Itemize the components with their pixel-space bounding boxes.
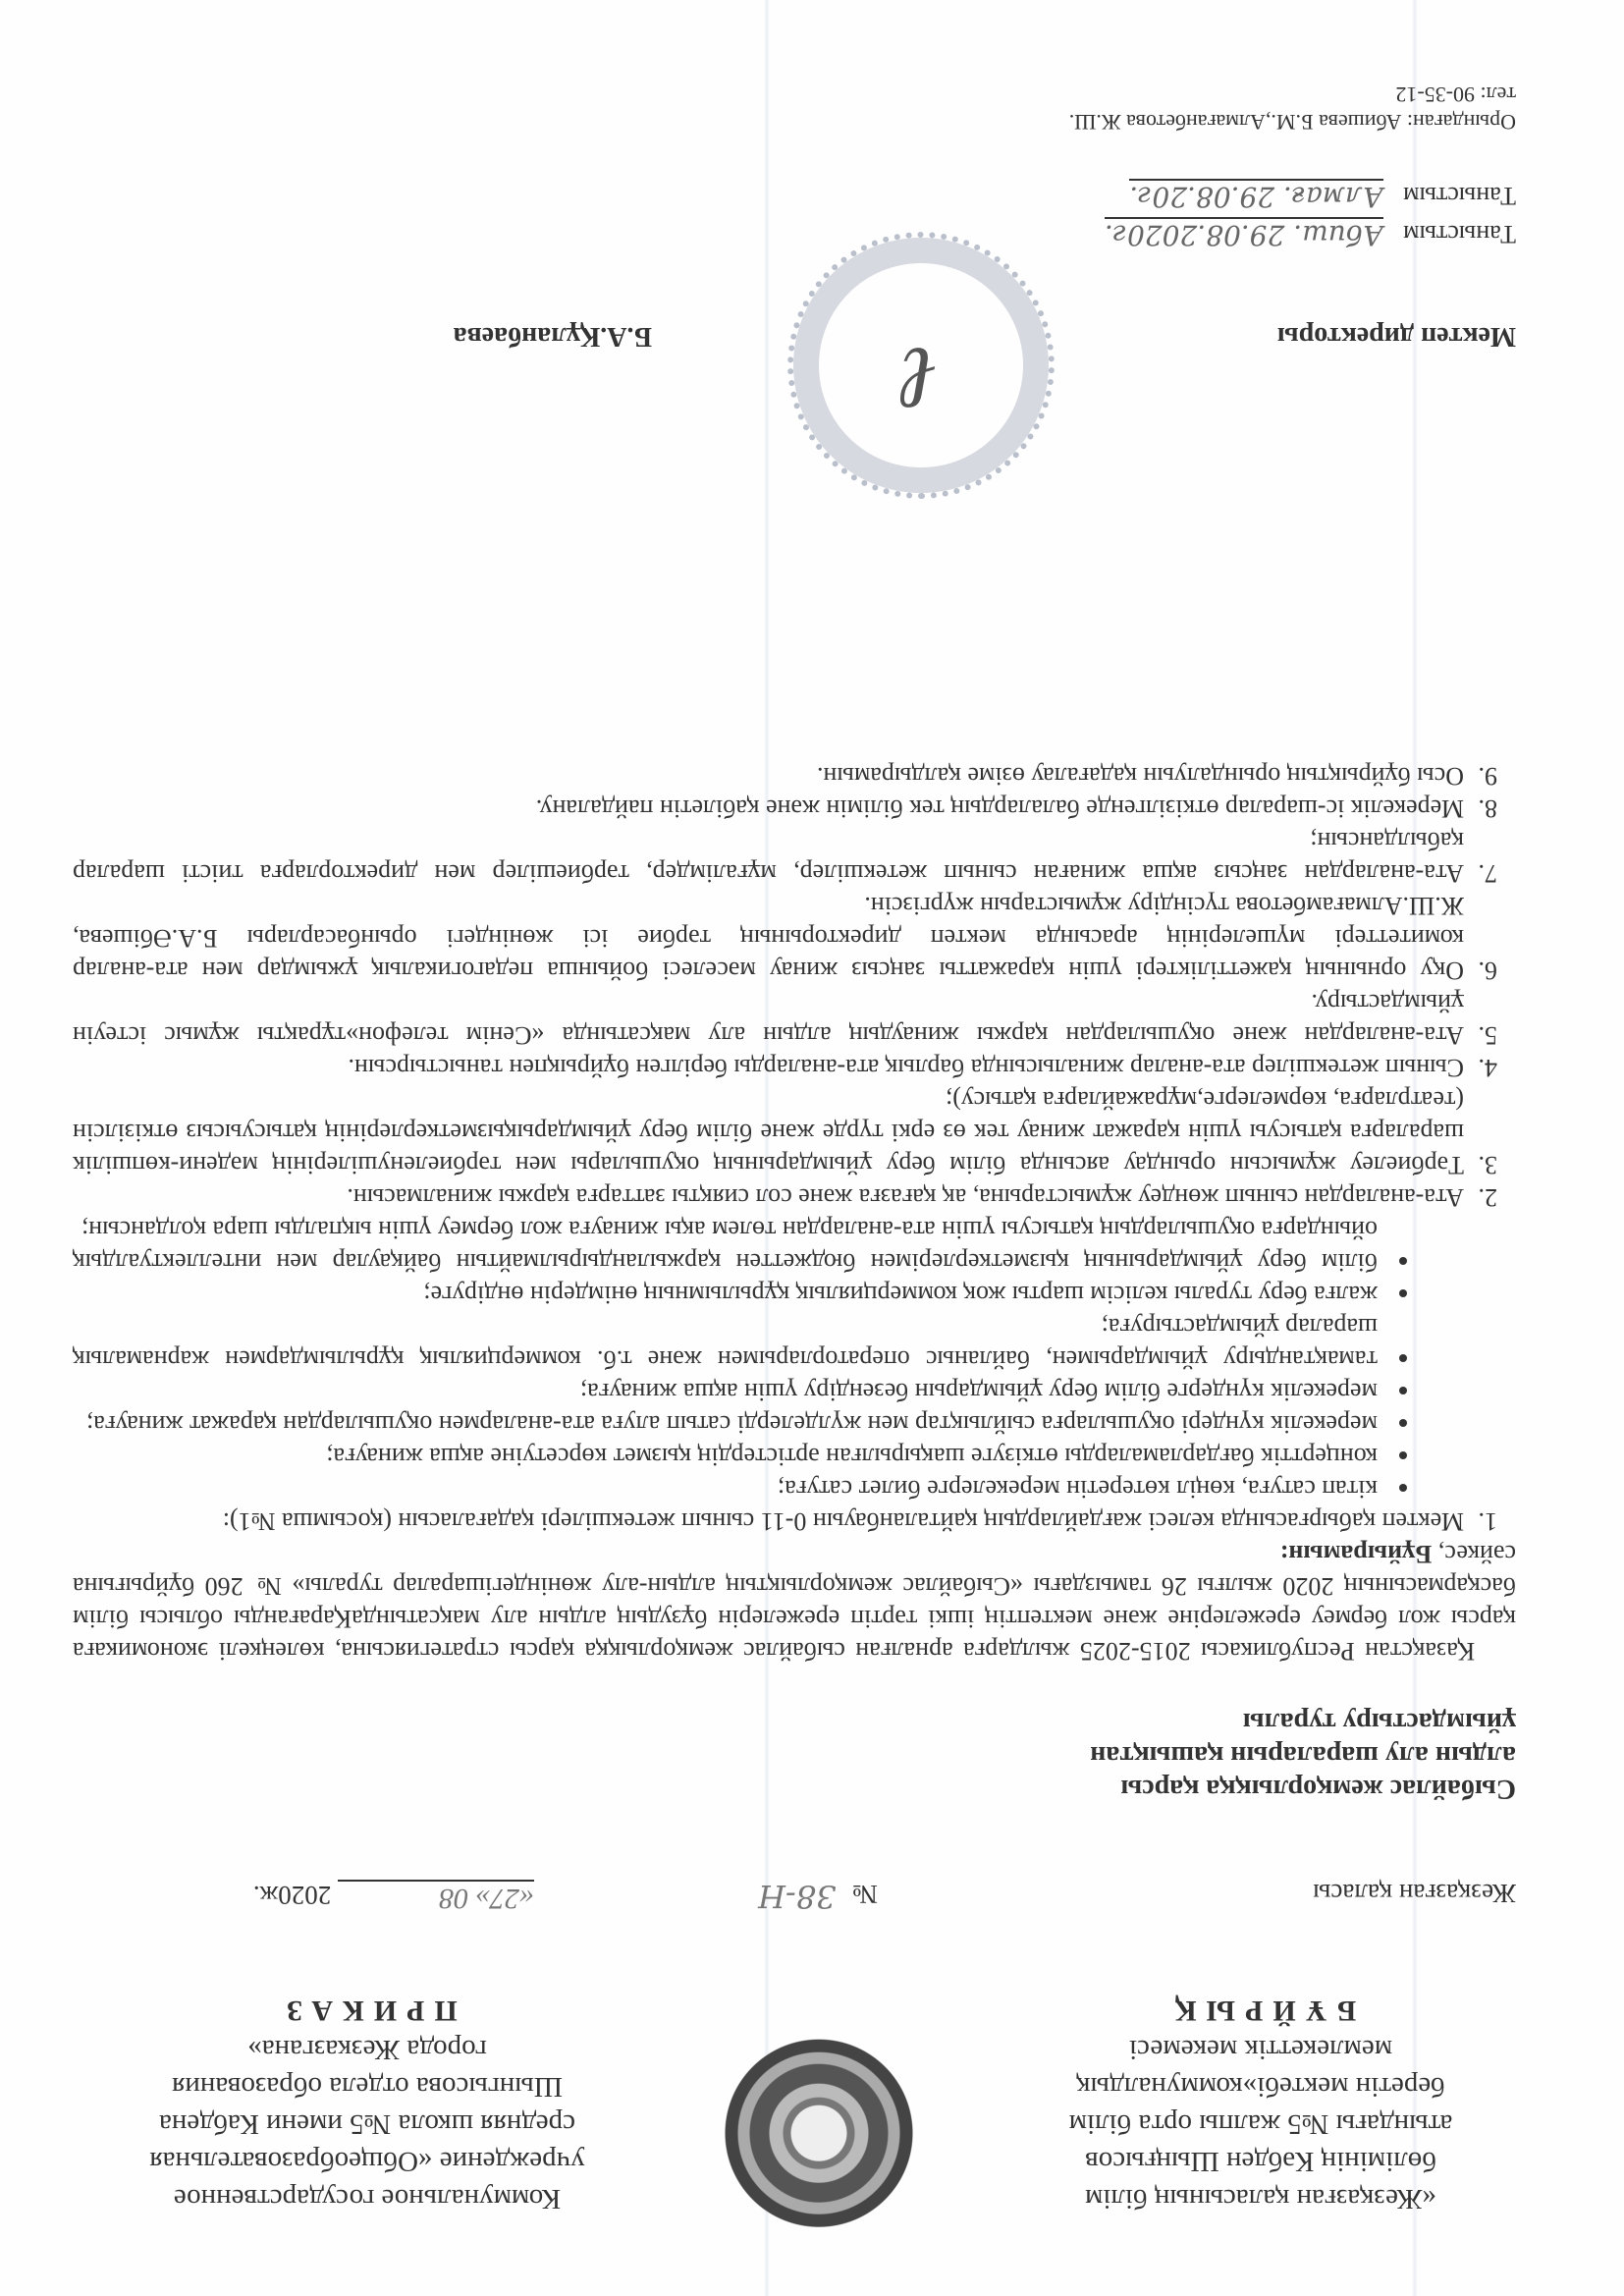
signatory-position: Мектеп директоры bbox=[1277, 321, 1516, 352]
date-year: 2020ж. bbox=[253, 1881, 331, 1910]
acknowledgements: ТаныстымАбиш. 29.08.2020г. ТаныстымАлмағ… bbox=[1105, 177, 1516, 253]
bullet-item: кітап сатуға, көңіл көтеретін мерекелерг… bbox=[73, 1473, 1385, 1505]
doc-type-kz: БҰЙРЫҚ bbox=[1005, 1992, 1516, 2029]
executor-phone: тел: 90-35-12 bbox=[1069, 81, 1516, 108]
order-number: № 38-Н bbox=[758, 1878, 878, 1915]
order-item: Оқу орнының қажеттіліктері үшін қаражатт… bbox=[73, 890, 1472, 987]
header-line: Коммунальное государственное bbox=[112, 2180, 623, 2217]
bullet-item: тамақтандыру ұйымдарымен, байланыс опера… bbox=[73, 1311, 1385, 1376]
title-line: ұйымдастыру туралы bbox=[1005, 1705, 1516, 1738]
order-item: Мектеп қабырғасында келесі жағдайлардың … bbox=[73, 1214, 1472, 1538]
header-line: учреждение «Общеобразовательная bbox=[112, 2143, 623, 2180]
header-line: средняя школа №5 имени Кабдена bbox=[112, 2105, 623, 2143]
executor: Орындаған: Абишева Б.М.,Алмағанбетова Ж.… bbox=[1069, 81, 1516, 136]
bullet-item: мерекелік күндерге білім беру ұйымдарын … bbox=[73, 1376, 1385, 1408]
header-line: атындағы №5 жалпы орта білім bbox=[1005, 2105, 1516, 2143]
ack-handwritten: Алмағ. 29.08.20г. bbox=[1129, 179, 1383, 213]
order-date: «27» 08 2020ж. bbox=[253, 1880, 534, 1915]
order-items: Мектеп қабырғасында келесі жағдайлардың … bbox=[73, 760, 1516, 1538]
bullet-list: кітап сатуға, көңіл көтеретін мерекелерг… bbox=[73, 1214, 1464, 1505]
order-item: Ата-аналардан заңсыз ақша жинаған сынып … bbox=[73, 825, 1472, 890]
header-line: города Жезказгана» bbox=[112, 2031, 623, 2068]
order-item: Сынып жетекшілер ата-аналар жиналысында … bbox=[73, 1052, 1472, 1084]
state-emblem-icon bbox=[721, 2026, 917, 2232]
ack-label: Таныстым bbox=[1403, 182, 1516, 210]
ack-label: Таныстым bbox=[1403, 220, 1516, 248]
executor-names: Абишева Б.М.,Алмағанбетова Ж.Ш. bbox=[1069, 110, 1402, 135]
bullet-item: концерттік бағдарламаларды өткізуге шақы… bbox=[73, 1441, 1385, 1473]
header-line: «Жезқазған қаласының білім bbox=[1005, 2180, 1516, 2217]
order-item: Мерекелік іс-шаралар өткізілгенде балала… bbox=[73, 793, 1472, 825]
bullet-item: жалға беру туралы келісім шарты жоқ комм… bbox=[73, 1279, 1385, 1311]
doc-type-ru: ПРИКАЗ bbox=[112, 1992, 623, 2029]
title-line: Сыбайлас жемқорлыққа қарсы bbox=[1005, 1772, 1516, 1805]
ack-handwritten: Абиш. 29.08.2020г. bbox=[1105, 217, 1383, 251]
bullet-item: білім беру ұйымдарының қызметкерлерімен … bbox=[73, 1214, 1385, 1279]
header-line: беретін мектебі»коммуналдық bbox=[1005, 2068, 1516, 2105]
preamble: Қазақстан Республикасы 2015-2025 жылдарғ… bbox=[73, 1538, 1516, 1667]
item-text: Мектеп қабырғасында келесі жағдайлардың … bbox=[223, 1507, 1464, 1536]
header-kazakh: «Жезқазған қаласының білім бөлімінің Кәб… bbox=[1005, 1992, 1516, 2217]
ack-row: ТаныстымАбиш. 29.08.2020г. bbox=[1105, 215, 1516, 253]
ack-row: ТаныстымАлмағ. 29.08.20г. bbox=[1105, 177, 1516, 215]
title-line: алдын алу шараларын қашықтан bbox=[1005, 1738, 1516, 1772]
bullet-item: мерекелік күндері оқушыларға сыйлықтар м… bbox=[73, 1408, 1385, 1441]
date-month: 08 bbox=[439, 1883, 468, 1915]
order-item: Ата-аналардан және оқушылардан қаржы жин… bbox=[73, 987, 1472, 1052]
order-item: Тәрбиелеу жұмысын орындау аясында білім … bbox=[73, 1084, 1472, 1181]
header-line: Шынгысова отдела образования bbox=[112, 2068, 623, 2105]
order-item: Ата-аналардан сынып жөндеу жұмыстарына, … bbox=[73, 1181, 1472, 1214]
executor-label: Орындаған: bbox=[1407, 110, 1516, 135]
order-body: Қазақстан Республикасы 2015-2025 жылдарғ… bbox=[73, 760, 1516, 1667]
header-line: мемлекеттік мекемесі bbox=[1005, 2031, 1516, 2068]
order-item: Осы бұйрықтың орындалуын қадағалау өзіме… bbox=[73, 760, 1472, 793]
date-day: «27» bbox=[475, 1883, 534, 1915]
order-title: Сыбайлас жемқорлыққа қарсы алдын алу шар… bbox=[1005, 1705, 1516, 1805]
number-label: № bbox=[852, 1880, 878, 1909]
signatory-name: Б.А.Құланбаева bbox=[454, 320, 652, 352]
header-line: бөлімінің Кәбден Шыңғысов bbox=[1005, 2143, 1516, 2180]
header-russian: Коммунальное государственное учреждение … bbox=[112, 1992, 623, 2217]
city: Жезқазған қаласы bbox=[1313, 1878, 1516, 1908]
number-value: 38-Н bbox=[758, 1878, 836, 1915]
document-page: «Жезқазған қаласының білім бөлімінің Кәб… bbox=[0, 0, 1624, 2296]
order-word: Бұйырамын: bbox=[1280, 1540, 1433, 1568]
signature-block: Мектеп директоры Б.А.Құланбаева bbox=[73, 320, 1516, 352]
